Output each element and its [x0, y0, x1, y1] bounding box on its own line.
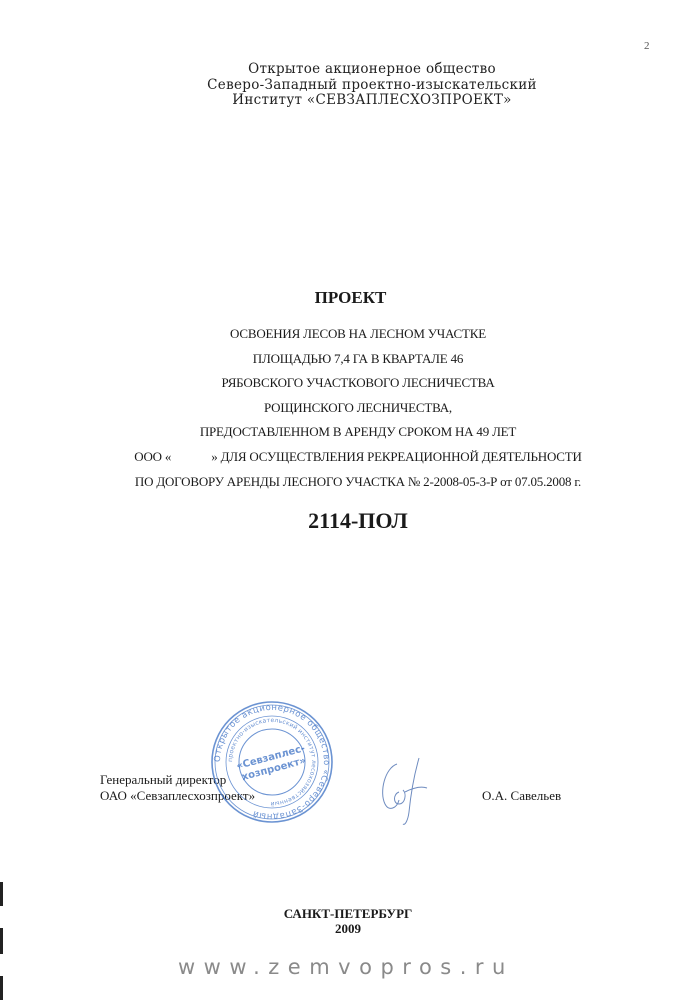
document-subtitle: ОСВОЕНИЯ ЛЕСОВ НА ЛЕСНОМ УЧАСТКЕ ПЛОЩАДЬ… [0, 322, 676, 494]
subtitle-line: ПЛОЩАДЬЮ 7,4 ГА В КВАРТАЛЕ 46 [40, 347, 676, 372]
lessee-suffix: » ДЛЯ ОСУЩЕСТВЛЕНИЯ РЕКРЕАЦИОННОЙ ДЕЯТЕЛ… [211, 449, 581, 464]
publication-place: САНКТ-ПЕТЕРБУРГ 2009 [0, 906, 676, 936]
scan-edge-mark [0, 976, 3, 1000]
scan-edge-mark [0, 882, 3, 906]
document-code: 2114-ПОЛ [0, 508, 676, 534]
page-number: 2 [644, 40, 650, 52]
city-name: САНКТ-ПЕТЕРБУРГ [20, 906, 676, 921]
subtitle-line: ПРЕДОСТАВЛЕННОМ В АРЕНДУ СРОКОМ НА 49 ЛЕ… [40, 420, 676, 445]
subtitle-line: ОСВОЕНИЯ ЛЕСОВ НА ЛЕСНОМ УЧАСТКЕ [40, 322, 676, 347]
org-header-line: Институт «СЕВЗАПЛЕСХОЗПРОЕКТ» [68, 93, 676, 109]
subtitle-line: РОЩИНСКОГО ЛЕСНИЧЕСТВА, [40, 396, 676, 421]
lessee-prefix: ООО « [134, 449, 171, 464]
org-header-line: Северо-Западный проектно-изыскательский [68, 78, 676, 94]
subtitle-line-lessee: ООО «» ДЛЯ ОСУЩЕСТВЛЕНИЯ РЕКРЕАЦИОННОЙ Д… [40, 445, 676, 470]
official-stamp-icon: Открытое акционерное общество «Северо-За… [210, 700, 334, 824]
handwritten-signature-icon [375, 752, 445, 832]
website-watermark: www.zemvopros.ru [178, 955, 514, 979]
organization-header: Открытое акционерное общество Северо-Зап… [0, 62, 676, 109]
org-header-line: Открытое акционерное общество [68, 62, 676, 78]
subtitle-line-contract: ПО ДОГОВОРУ АРЕНДЫ ЛЕСНОГО УЧАСТКА № 2-2… [40, 470, 676, 495]
document-title: ПРОЕКТ [0, 288, 676, 308]
signer-name: О.А. Савельев [482, 788, 561, 804]
publication-year: 2009 [20, 921, 676, 936]
scan-edge-mark [0, 928, 3, 954]
subtitle-line: РЯБОВСКОГО УЧАСТКОВОГО ЛЕСНИЧЕСТВА [40, 371, 676, 396]
